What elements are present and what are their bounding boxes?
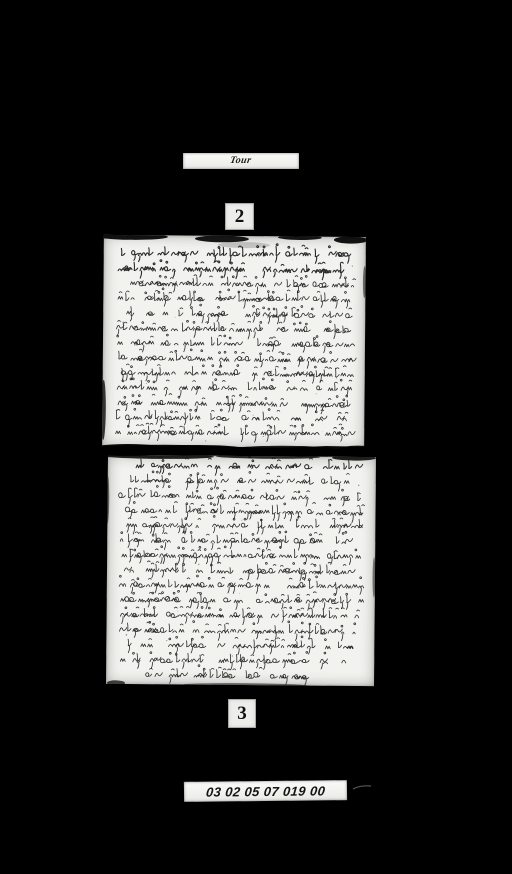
catalog-code-strip: 03 02 05 07 019 00 <box>184 780 347 802</box>
manuscript-page-3 <box>106 455 376 686</box>
manuscript-page-2 <box>102 235 366 449</box>
handwriting-page-3 <box>106 455 376 686</box>
catalog-code-text: 03 02 05 07 019 00 <box>205 784 325 798</box>
page-number-3-text: 3 <box>237 703 247 725</box>
title-label-text: Tour <box>229 156 252 166</box>
page-separation-shadow <box>96 441 378 463</box>
page-number-2-text: 2 <box>235 206 245 228</box>
page-number-tag-2: 2 <box>225 203 254 230</box>
handwriting-page-2 <box>102 235 366 449</box>
photograph-frame: Tour 2 <box>0 0 512 874</box>
title-label-strip: Tour <box>183 153 299 169</box>
stray-scratch-mark <box>352 782 374 794</box>
page-number-tag-3: 3 <box>228 699 256 728</box>
